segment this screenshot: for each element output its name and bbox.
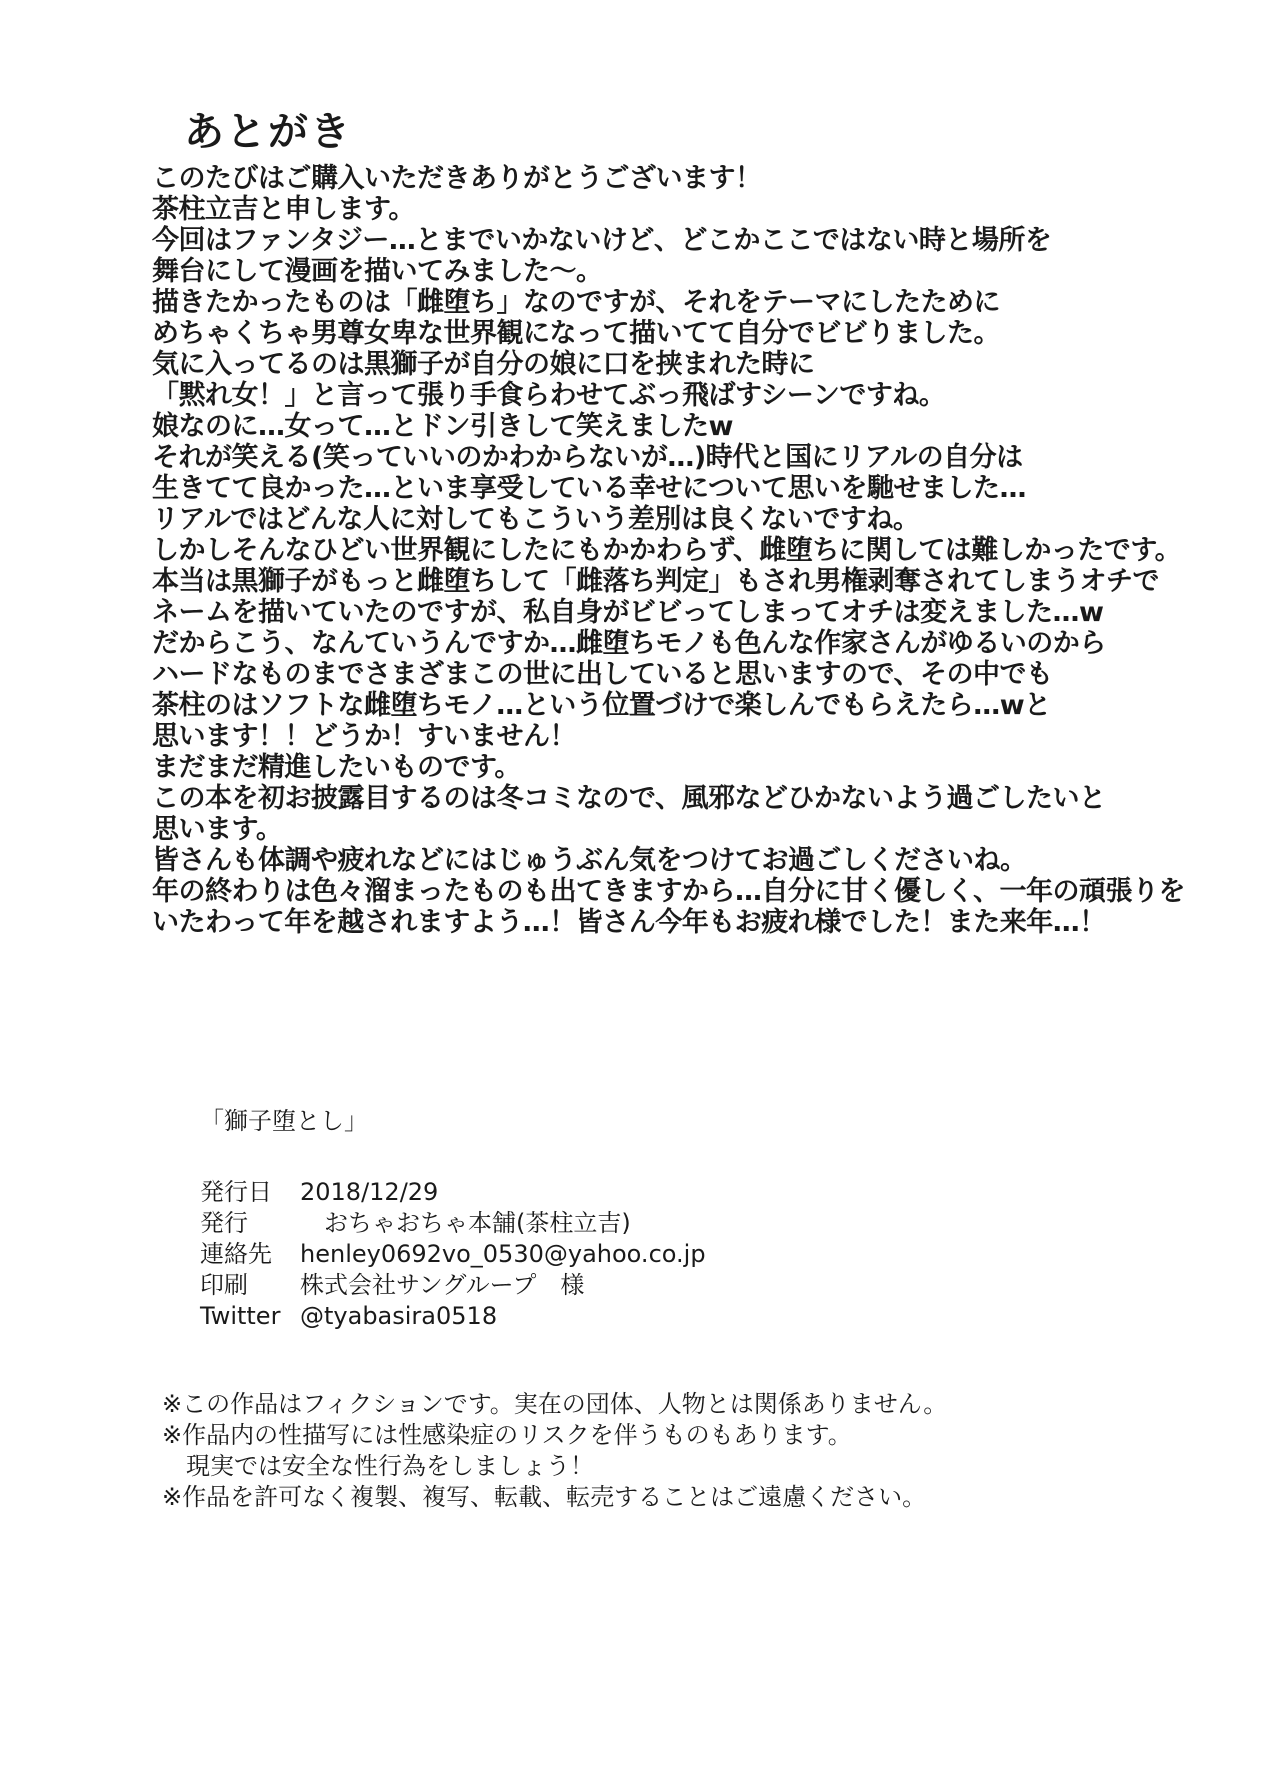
disclaimer-line: 現実では安全な性行為をしましょう！ xyxy=(162,1451,947,1482)
colophon-key: 印刷 xyxy=(200,1270,300,1301)
colophon-row-publish-date: 発行日 2018/12/29 xyxy=(200,1177,706,1208)
afterword-line: いたわって年を越されますよう…！皆さん今年もお疲れ様でした！また来年…！ xyxy=(152,907,1252,938)
colophon-table: 発行日 2018/12/29 発行 おちゃおちゃ本舗(茶柱立吉) 連絡先 hen… xyxy=(200,1177,706,1332)
colophon-row-printer: 印刷 株式会社サングループ 様 xyxy=(200,1270,706,1301)
colophon: 「獅子堕とし」 発行日 2018/12/29 発行 おちゃおちゃ本舗(茶柱立吉)… xyxy=(200,1105,706,1332)
disclaimers: ※この作品はフィクションです。実在の団体、人物とは関係ありません。 ※作品内の性… xyxy=(162,1389,947,1513)
afterword-line: 娘なのに…女って…とドン引きして笑えましたw xyxy=(152,411,1252,442)
afterword-line: ハードなものまでさまざまこの世に出していると思いますので、その中でも xyxy=(152,659,1252,690)
afterword-line: 茶柱立吉と申します。 xyxy=(152,194,1252,225)
colophon-row-contact: 連絡先 henley0692vo_0530@yahoo.co.jp xyxy=(200,1239,706,1270)
afterword-line: 思います。 xyxy=(152,814,1252,845)
disclaimer-line: ※この作品はフィクションです。実在の団体、人物とは関係ありません。 xyxy=(162,1389,947,1420)
colophon-row-twitter: Twitter @tyabasira0518 xyxy=(200,1301,706,1332)
colophon-key: 連絡先 xyxy=(200,1239,300,1270)
afterword-line: このたびはご購入いただきありがとうございます！ xyxy=(152,163,1252,194)
disclaimer-line: ※作品内の性描写には性感染症のリスクを伴うものもあります。 xyxy=(162,1420,947,1451)
afterword-body: このたびはご購入いただきありがとうございます！ 茶柱立吉と申します。 今回はファ… xyxy=(152,163,1252,938)
colophon-value: 2018/12/29 xyxy=(300,1177,706,1208)
colophon-key: 発行日 xyxy=(200,1177,300,1208)
afterword-line: この本を初お披露目するのは冬コミなので、風邪などひかないよう過ごしたいと xyxy=(152,783,1252,814)
afterword-line: それが笑える(笑っていいのかわからないが…)時代と国にリアルの自分は xyxy=(152,442,1252,473)
afterword-line: まだまだ精進したいものです。 xyxy=(152,752,1252,783)
afterword-line: 舞台にして漫画を描いてみました～。 xyxy=(152,256,1252,287)
colophon-value: おちゃおちゃ本舗(茶柱立吉) xyxy=(300,1208,706,1239)
afterword-line: 思います！！どうか！すいません！ xyxy=(152,721,1252,752)
afterword-line: 今回はファンタジー…とまでいかないけど、どこかここではない時と場所を xyxy=(152,225,1252,256)
afterword-line: しかしそんなひどい世界観にしたにもかかわらず、雌堕ちに関しては難しかったです。 xyxy=(152,535,1252,566)
afterword-line: 茶柱のはソフトな雌堕ちモノ…という位置づけで楽しんでもらえたら…wと xyxy=(152,690,1252,721)
afterword-line: 生きてて良かった…といま享受している幸せについて思いを馳せました… xyxy=(152,473,1252,504)
afterword-line: ネームを描いていたのですが、私自身がビビってしまってオチは変えました…w xyxy=(152,597,1252,628)
colophon-key: Twitter xyxy=(200,1301,300,1332)
afterword-line: リアルではどんな人に対してもこういう差別は良くないですね。 xyxy=(152,504,1252,535)
colophon-row-publisher: 発行 おちゃおちゃ本舗(茶柱立吉) xyxy=(200,1208,706,1239)
colophon-key: 発行 xyxy=(200,1208,300,1239)
afterword-line: 年の終わりは色々溜まったものも出てきますから…自分に甘く優しく、一年の頑張りを xyxy=(152,876,1252,907)
page-title: あとがき xyxy=(184,108,352,156)
afterword-line: 皆さんも体調や疲れなどにはじゅうぶん気をつけてお過ごしくださいね。 xyxy=(152,845,1252,876)
afterword-line: だからこう、なんていうんですか…雌堕ちモノも色んな作家さんがゆるいのから xyxy=(152,628,1252,659)
colophon-value: @tyabasira0518 xyxy=(300,1301,706,1332)
afterword-line: 本当は黒獅子がもっと雌堕ちして「雌落ち判定」もされ男権剥奪されてしまうオチで xyxy=(152,566,1252,597)
colophon-value: 株式会社サングループ 様 xyxy=(300,1270,706,1301)
colophon-value: henley0692vo_0530@yahoo.co.jp xyxy=(300,1239,706,1270)
afterword-line: 気に入ってるのは黒獅子が自分の娘に口を挟まれた時に xyxy=(152,349,1252,380)
disclaimer-line: ※作品を許可なく複製、複写、転載、転売することはご遠慮ください。 xyxy=(162,1482,947,1513)
afterword-line: 「黙れ女！」と言って張り手食らわせてぶっ飛ばすシーンですね。 xyxy=(152,380,1252,411)
afterword-line: めちゃくちゃ男尊女卑な世界観になって描いてて自分でビビりました。 xyxy=(152,318,1252,349)
afterword-line: 描きたかったものは「雌堕ち」なのですが、それをテーマにしたために xyxy=(152,287,1252,318)
book-title: 「獅子堕とし」 xyxy=(200,1105,706,1137)
